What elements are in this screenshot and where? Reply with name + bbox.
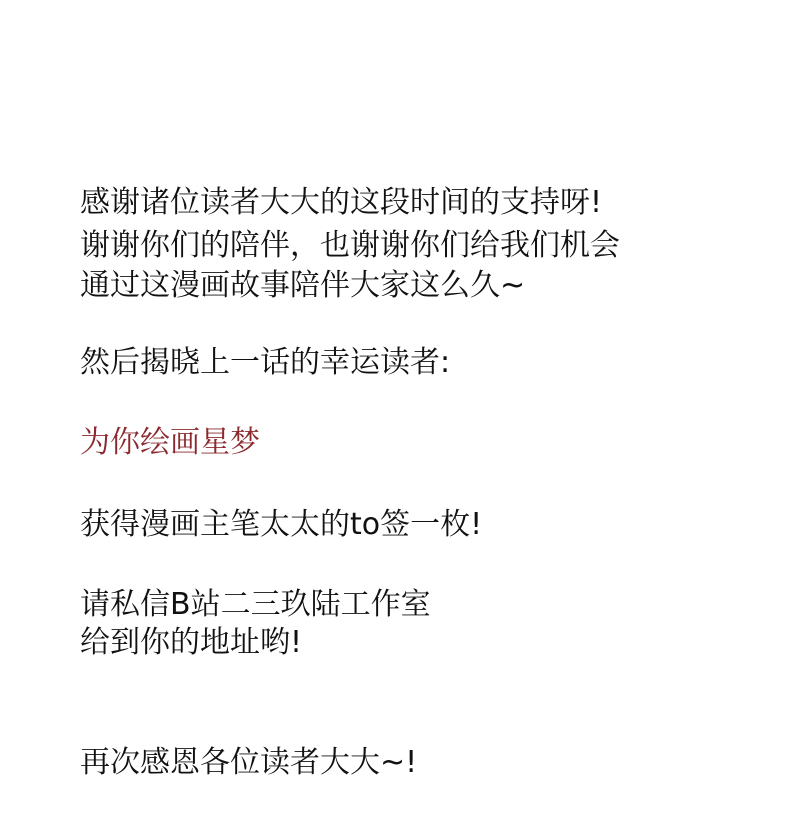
- thanks-line-1: 感谢诸位读者大大的这段时间的支持呀!: [80, 183, 602, 223]
- closing-thanks: 再次感恩各位读者大大~!: [80, 743, 417, 783]
- winner-announcement: 然后揭晓上一话的幸运读者:: [80, 343, 450, 383]
- contact-instruction-line-1: 请私信B站二三玖陆工作室: [80, 585, 431, 625]
- thanks-line-3: 通过这漫画故事陪伴大家这么久~: [80, 266, 525, 306]
- contact-instruction-line-2: 给到你的地址哟!: [80, 623, 302, 663]
- winner-name: 为你绘画星梦: [80, 423, 260, 463]
- prize-description: 获得漫画主笔太太的to签一枚!: [80, 505, 482, 545]
- thanks-line-2: 谢谢你们的陪伴，也谢谢你们给我们机会: [80, 226, 620, 266]
